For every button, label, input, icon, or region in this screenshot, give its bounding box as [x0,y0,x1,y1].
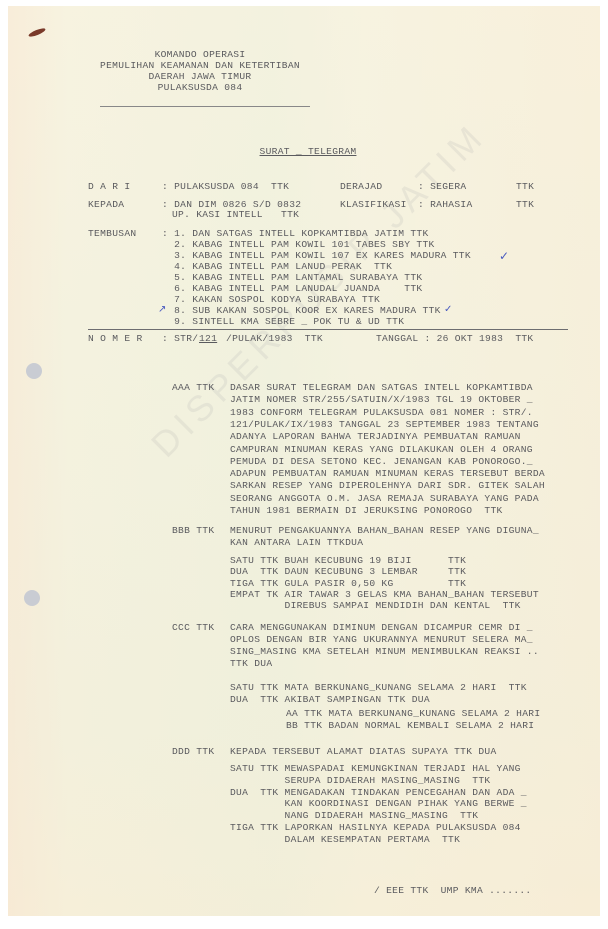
body-line: KAN ANTARA LAIN TTKDUA [230,537,363,548]
ingredient-item: DIREBUS SAMPAI MENDIDIH DAN KENTAL TTK [230,600,521,611]
effect-subitem: BB TTK BADAN NORMAL KEMBALI SELAMA 2 HAR… [286,720,534,731]
header-rule [100,106,310,107]
instruction-line: KAN KOORDINASI DENGAN PIHAK YANG BERWE _ [230,798,527,809]
body-line: CARA MENGGUNAKAN DIMINUM DENGAN DICAMPUR… [230,622,533,633]
divider [88,329,568,330]
section-label-aaa: AAA TTK [172,382,214,393]
body-line: TAHUN 1981 BERMAIN DI JERUKSING PONOROGO… [230,505,503,516]
body-line: SING_MASING KMA SETELAH MINUM MENIMBULKA… [230,646,539,657]
body-line: SARKAN RESEP YANG DIPEROLEHNYA DARI SDR.… [230,480,545,491]
ink-stain [28,27,47,38]
instruction-line: DALAM KESEMPATAN PERTAMA TTK [230,834,460,845]
instruction-line: SATU TTK MEWASPADAI KEMUNGKINAN TERJADI … [230,763,521,774]
tembusan-label: TEMBUSAN [88,228,136,239]
closing-line: / EEE TTK UMP KMA ....... [374,885,532,896]
header-line: PULAKSUSDA 084 [80,82,320,93]
effect-subitem: AA TTK MATA BERKUNANG_KUNANG SELAMA 2 HA… [286,708,540,719]
ingredient-item: SATU TTK BUAH KECUBUNG 19 BIJI TTK [230,555,466,566]
ingredient-item: TIGA TTK GULA PASIR 0,50 KG TTK [230,578,466,589]
effect-item: DUA TTK AKIBAT SAMPINGAN TTK DUA [230,694,430,705]
derajad-value: : SEGERA [418,181,466,192]
derajad-label: DERAJAD [340,181,382,192]
dari-label: D A R I [88,181,130,192]
nomer-number: 121 [199,333,217,344]
header-line: KOMANDO OPERASI [80,49,320,60]
ingredient-item: EMPAT TK AIR TAWAR 3 GELAS KMA BAHAN_BAH… [230,589,539,600]
dari-value: : PULAKSUSDA 084 TTK [162,181,289,192]
checkmark-icon: ✓ [499,249,509,263]
instruction-line: TIGA TTK LAPORKAN HASILNYA KEPADA PULAKS… [230,822,521,833]
tembusan-item: 6. KABAG INTELL PAM LANUDAL JUANDA TTK [162,283,422,294]
document-page: DISPERPUSIP JATIM KOMANDO OPERASI PEMULI… [8,6,600,916]
body-line: MENURUT PENGAKUANNYA BAHAN_BAHAN RESEP Y… [230,525,539,536]
tembusan-item: : 1. DAN SATGAS INTELL KOPKAMTIBDA JATIM… [162,228,429,239]
body-line: ADANYA LAPORAN BAHWA TERJADINYA PEMBUATA… [230,431,521,442]
body-line: ADAPUN PEMBUATAN RAMUAN MINUMAN KERAS TE… [230,468,545,479]
body-line: 121/PULAK/IX/1983 TANGGAL 23 SEPTEMBER 1… [230,419,539,430]
section-label-bbb: BBB TTK [172,525,214,536]
instruction-line: NANG DIDAERAH MASING_MASING TTK [230,810,478,821]
punch-hole-top [26,363,42,379]
punch-hole-bottom [24,590,40,606]
body-line: DASAR SURAT TELEGRAM DAN SATGAS INTELL K… [230,382,533,393]
body-line: PEMUDA DI DESA SETONO KEC. JENANGAN KAB … [230,456,533,467]
section-label-ccc: CCC TTK [172,622,214,633]
nomer-label: N O M E R [88,333,143,344]
nomer-prefix: : STR/ [162,333,198,344]
ingredient-item: DUA TTK DAUN KECUBUNG 3 LEMBAR TTK [230,566,466,577]
body-line: TTK DUA [230,658,272,669]
effect-item: SATU TTK MATA BERKUNANG_KUNANG SELAMA 2 … [230,682,527,693]
checkmark-icon: ✓ [444,304,452,315]
section-label-ddd: DDD TTK [172,746,214,757]
tembusan-item: 4. KABAG INTELL PAM LANUD PERAK TTK [162,261,392,272]
instruction-line: SERUPA DIDAERAH MASING_MASING TTK [230,775,490,786]
body-line: JATIM NOMER STR/255/SATUIN/X/1983 TGL 19… [230,394,533,405]
header-line: DAERAH JAWA TIMUR [80,71,320,82]
kepada-value-2: UP. KASI INTELL TTK [172,209,299,220]
tembusan-item: 5. KABAG INTELL PAM LANTAMAL SURABAYA TT… [162,272,422,283]
kepada-label: KEPADA [88,199,124,210]
tembusan-item: 2. KABAG INTELL PAM KOWIL 101 TABES SBY … [162,239,435,250]
body-line: OPLOS DENGAN BIR YANG UKURANNYA MENURUT … [230,634,533,645]
instruction-line: DUA TTK MENGADAKAN TINDAKAN PENCEGAHAN D… [230,787,527,798]
klasifikasi-value: : RAHASIA [418,199,473,210]
body-line: 1983 CONFORM TELEGRAM PULAKSUSDA 081 NOM… [230,407,533,418]
klasifikasi-ttk: TTK [516,199,534,210]
document-title: SURAT _ TELEGRAM [208,146,408,157]
body-line: CAMPURAN MINUMAN KERAS YANG DILAKUKAN OL… [230,444,533,455]
nomer-suffix: /PULAK/1983 TTK [220,333,323,344]
body-line: SEORANG ANGGOTA O.M. JASA REMAJA SURABAY… [230,493,539,504]
header-line: PEMULIHAN KEAMANAN DAN KETERTIBAN [80,60,320,71]
tembusan-item: 7. KAKAN SOSPOL KODYA SURABAYA TTK [162,294,380,305]
derajad-ttk: TTK [516,181,534,192]
tembusan-item: 9. SINTELL KMA SEBRE _ POK TU & UD TTK [162,316,404,327]
tembusan-item: 3. KABAG INTELL PAM KOWIL 107 EX KARES M… [162,250,471,261]
klasifikasi-label: KLASIFIKASI [340,199,407,210]
tembusan-item: 8. SUB KAKAN SOSPOL KOOR EX KARES MADURA… [162,305,441,316]
ddd-line: KEPADA TERSEBUT ALAMAT DIATAS SUPAYA TTK… [230,746,497,757]
arrow-mark-icon: ↗ [158,304,166,315]
tanggal: TANGGAL : 26 OKT 1983 TTK [376,333,534,344]
